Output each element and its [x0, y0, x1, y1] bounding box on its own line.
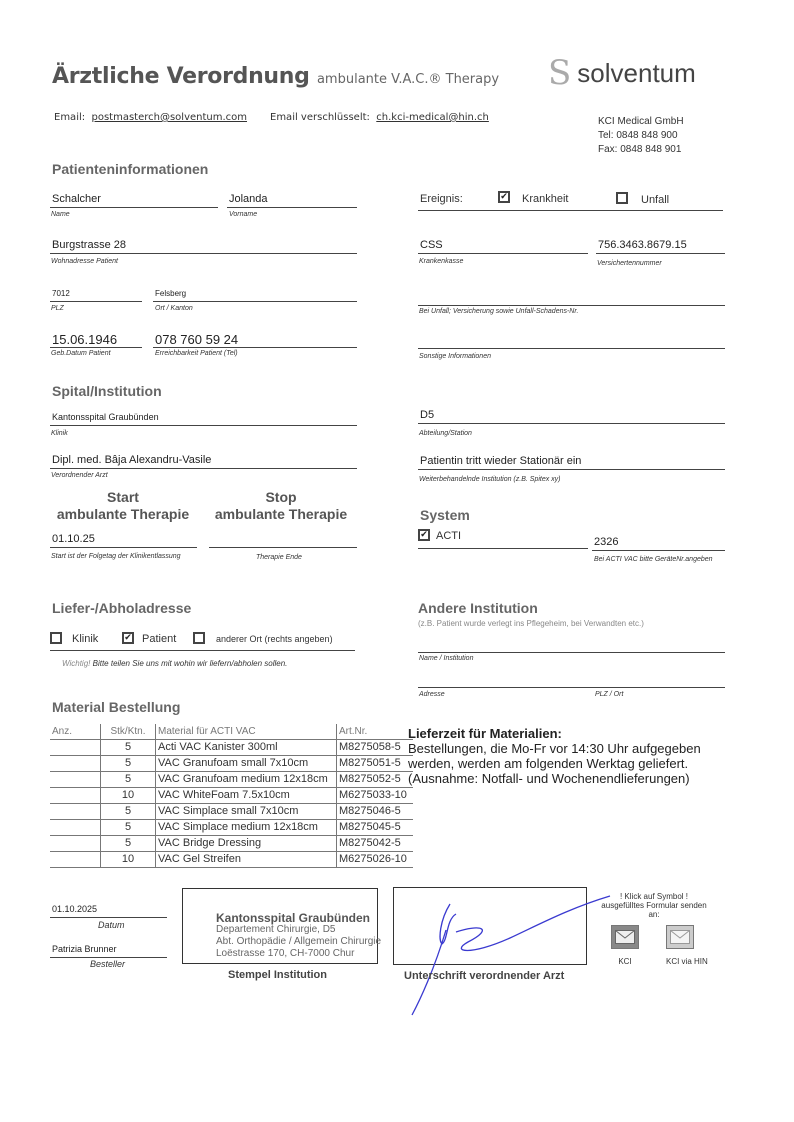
cell-stk: 5 — [101, 772, 156, 788]
cell-art: M8275051-5 — [337, 756, 414, 772]
besteller-field[interactable]: Patrizia Brunner — [50, 942, 167, 958]
cell-material: Acti VAC Kanister 300ml — [156, 740, 337, 756]
table-row: 10VAC WhiteFoam 7.5x10cmM6275033-10 — [50, 788, 413, 804]
table-row: 5VAC Granufoam medium 12x18cmM8275052-5 — [50, 772, 413, 788]
send-hint: ! Klick auf Symbol ! ausgefülltes Formul… — [596, 892, 712, 919]
start-therapie-heading: Startambulante Therapie — [48, 489, 198, 523]
section-material-heading: Material Bestellung — [52, 699, 180, 715]
versichertennummer-field[interactable]: 756.3463.8679.15 — [596, 238, 725, 254]
liefer-klinik-checkbox[interactable] — [50, 632, 62, 644]
lieferzeit-note: Lieferzeit für Materialien: Bestellungen… — [408, 726, 701, 786]
material-table-header: Anz.Stk/Ktn.Material für ACTI VACArt.Nr. — [50, 724, 413, 740]
geburtsdatum-field[interactable]: 15.06.1946 — [50, 332, 142, 348]
unfall-checkbox[interactable] — [616, 192, 628, 204]
envelope-icon — [611, 925, 639, 949]
table-row: 5VAC Simplace medium 12x18cmM8275045-5 — [50, 820, 413, 836]
liefer-hint: Wichtig! Bitte teilen Sie uns mit wohin … — [62, 659, 287, 668]
section-patient-heading: Patienteninformationen — [52, 161, 208, 177]
anzahl-input[interactable] — [50, 852, 101, 868]
telefon-field[interactable]: 078 760 59 24 — [153, 332, 357, 348]
logo-mark-icon: S — [548, 56, 571, 90]
krankenkasse-field[interactable]: CSS — [418, 238, 588, 254]
cell-material: VAC WhiteFoam 7.5x10cm — [156, 788, 337, 804]
cell-material: VAC Granufoam medium 12x18cm — [156, 772, 337, 788]
cell-stk: 5 — [101, 804, 156, 820]
table-row: 5VAC Granufoam small 7x10cmM8275051-5 — [50, 756, 413, 772]
anzahl-input[interactable] — [50, 820, 101, 836]
email-link[interactable]: postmasterch@solventum.com — [91, 112, 247, 123]
material-table: Anz.Stk/Ktn.Material für ACTI VACArt.Nr.… — [50, 724, 413, 868]
anzahl-input[interactable] — [50, 836, 101, 852]
anzahl-input[interactable] — [50, 740, 101, 756]
abteilung-field[interactable]: D5 — [418, 408, 725, 424]
cell-material: VAC Simplace medium 12x18cm — [156, 820, 337, 836]
signature-scribble — [390, 880, 620, 1020]
section-liefer-heading: Liefer-/Abholadresse — [52, 600, 191, 616]
liefer-anderer-ort-checkbox[interactable] — [193, 632, 205, 644]
section-spital-heading: Spital/Institution — [52, 383, 162, 399]
send-kci-hin-button[interactable]: KCI via HIN — [666, 925, 708, 966]
cell-art: M8275046-5 — [337, 804, 414, 820]
anzahl-input[interactable] — [50, 804, 101, 820]
cell-art: M6275033-10 — [337, 788, 414, 804]
cell-material: VAC Gel Streifen — [156, 852, 337, 868]
liefer-options-row: Klinik ✔ Patient anderer Ort (rechts ang… — [50, 631, 355, 651]
ereignis-row: Ereignis: ✔ Krankheit Unfall — [418, 190, 723, 211]
company-info: KCI Medical GmbH Tel: 0848 848 900 Fax: … — [598, 115, 684, 157]
send-kci-button[interactable]: KCI — [611, 925, 639, 966]
cell-stk: 5 — [101, 836, 156, 852]
krankheit-checkbox[interactable]: ✔ — [498, 191, 510, 203]
envelope-hin-icon — [666, 925, 694, 949]
cell-art: M8275045-5 — [337, 820, 414, 836]
datum-field[interactable]: 01.10.2025 — [50, 902, 167, 918]
sonstige-informationen-field[interactable] — [418, 333, 725, 349]
cell-stk: 5 — [101, 756, 156, 772]
table-row: 5Acti VAC Kanister 300mlM8275058-5 — [50, 740, 413, 756]
anzahl-input[interactable] — [50, 756, 101, 772]
start-datum-field[interactable]: 01.10.25 — [50, 532, 197, 548]
section-andere-heading: Andere Institution — [418, 600, 538, 616]
table-row: 10VAC Gel StreifenM6275026-10 — [50, 852, 413, 868]
cell-material: VAC Simplace small 7x10cm — [156, 804, 337, 820]
section-system-heading: System — [420, 507, 470, 523]
table-row: 5VAC Bridge DressingM8275042-5 — [50, 836, 413, 852]
anzahl-input[interactable] — [50, 788, 101, 804]
table-row: 5VAC Simplace small 7x10cmM8275046-5 — [50, 804, 413, 820]
email-line: Email: postmasterch@solventum.com — [54, 112, 247, 123]
liefer-patient-checkbox[interactable]: ✔ — [122, 632, 134, 644]
name-field[interactable]: Schalcher — [50, 192, 218, 208]
stop-therapie-heading: Stopambulante Therapie — [206, 489, 356, 523]
plz-field[interactable]: 7012 — [50, 286, 142, 302]
page-subtitle: ambulante V.A.C.® Therapy — [317, 72, 499, 87]
cell-material: VAC Bridge Dressing — [156, 836, 337, 852]
ort-field[interactable]: Felsberg — [153, 286, 357, 302]
acti-checkbox[interactable]: ✔ — [418, 529, 430, 541]
cell-material: VAC Granufoam small 7x10cm — [156, 756, 337, 772]
cell-stk: 5 — [101, 820, 156, 836]
klinik-field[interactable]: Kantonsspital Graubünden — [50, 410, 357, 426]
geraetenummer-field[interactable]: 2326 — [592, 535, 725, 551]
cell-stk: 10 — [101, 788, 156, 804]
adresse-field[interactable]: Burgstrasse 28 — [50, 238, 357, 254]
acti-row: ✔ ACTI — [418, 528, 588, 549]
cell-art: M8275058-5 — [337, 740, 414, 756]
vorname-field[interactable]: Jolanda — [227, 192, 357, 208]
andere-adresse-field[interactable] — [418, 672, 725, 688]
cell-stk: 10 — [101, 852, 156, 868]
arzt-field[interactable]: Dipl. med. Bâja Alexandru-Vasile — [50, 453, 357, 469]
email-encrypted-link[interactable]: ch.kci-medical@hin.ch — [376, 112, 489, 123]
solventum-logo: Ssolventum — [548, 56, 696, 90]
cell-art: M8275052-5 — [337, 772, 414, 788]
unfall-versicherung-field[interactable] — [418, 290, 725, 306]
page-title: Ärztliche Verordnung ambulante V.A.C.® T… — [52, 64, 499, 89]
anzahl-input[interactable] — [50, 772, 101, 788]
stop-datum-field[interactable] — [209, 532, 357, 548]
cell-art: M6275026-10 — [337, 852, 414, 868]
stempel: Kantonsspital Graubünden Departement Chi… — [216, 912, 381, 960]
cell-stk: 5 — [101, 740, 156, 756]
cell-art: M8275042-5 — [337, 836, 414, 852]
email-encrypted-line: Email verschlüsselt: ch.kci-medical@hin.… — [270, 112, 489, 123]
weiterbehandelnde-institution-field[interactable]: Patientin tritt wieder Stationär ein — [418, 454, 725, 470]
andere-name-field[interactable] — [418, 637, 725, 653]
